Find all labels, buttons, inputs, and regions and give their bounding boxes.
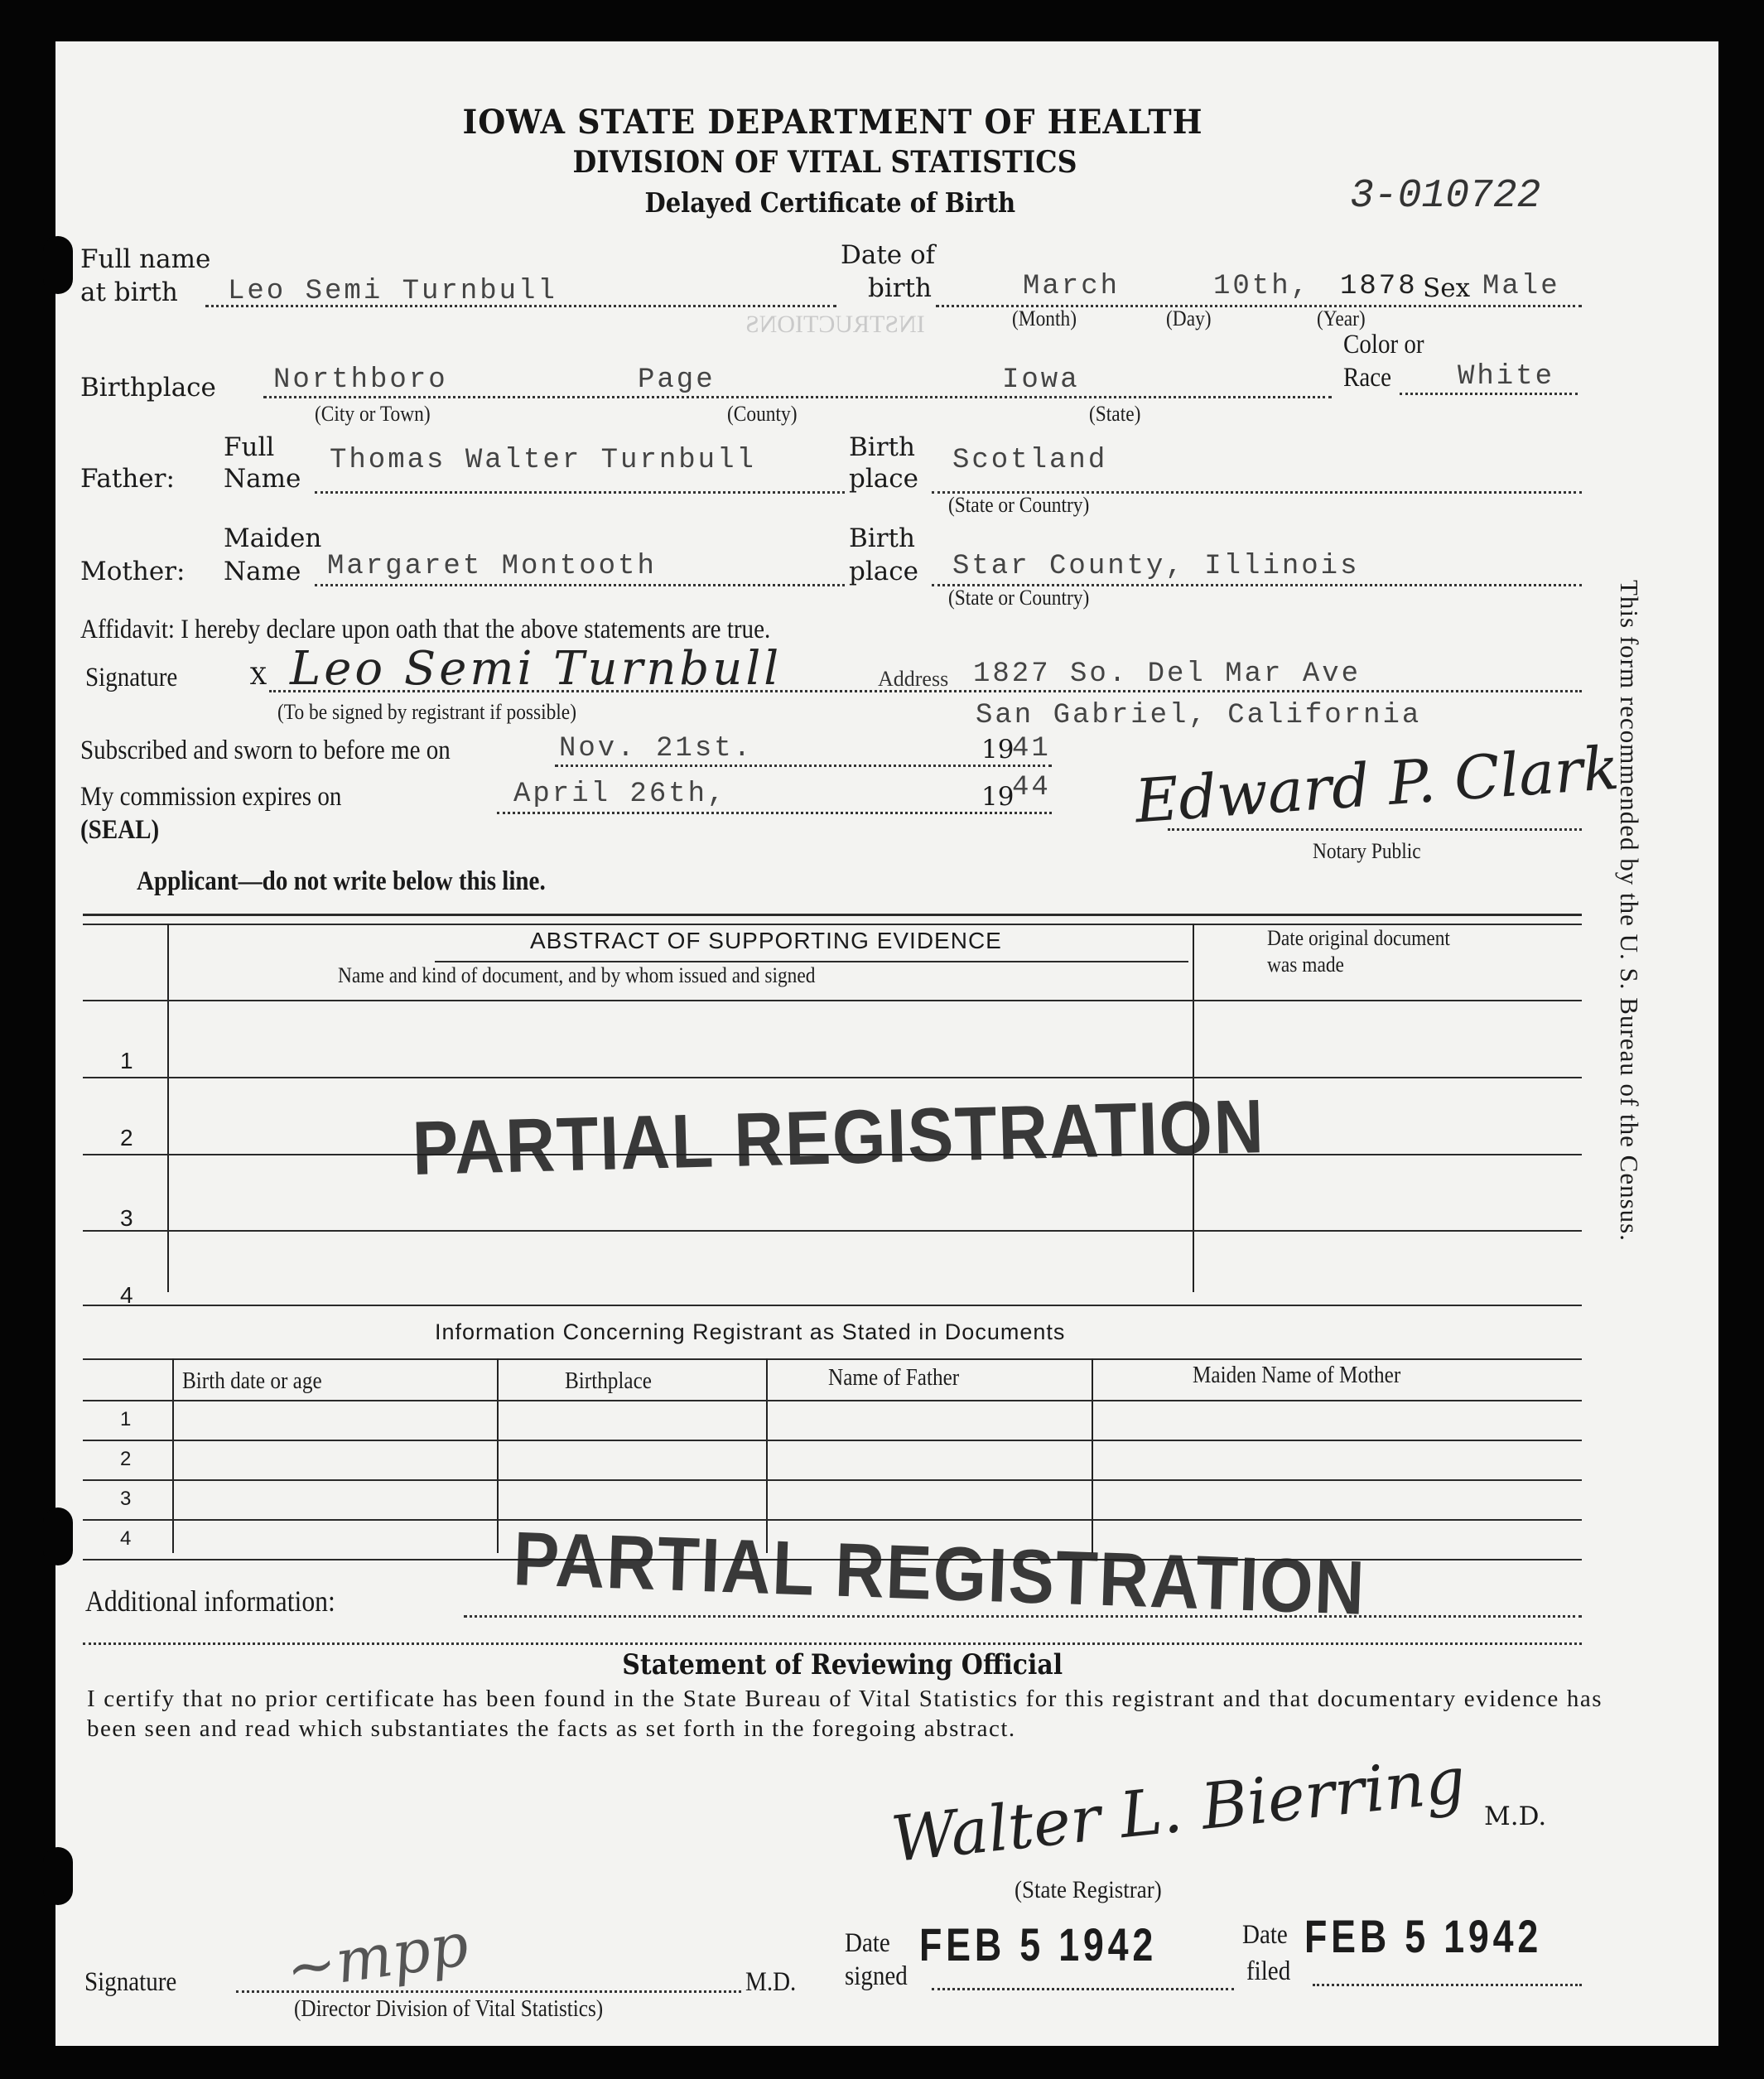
abstract-col1-header: Name and kind of document, and by whom i… bbox=[338, 963, 815, 988]
father-name-value: Thomas Walter Turnbull bbox=[330, 445, 756, 476]
address-line-1: 1827 So. Del Mar Ave bbox=[973, 658, 1361, 690]
year-caption: (Year) bbox=[1317, 306, 1366, 331]
dob-year: 1878 bbox=[1340, 271, 1418, 302]
director-md: M.D. bbox=[745, 1967, 796, 1998]
birthplace-county: Page bbox=[638, 364, 716, 396]
father-birthplace-label-1: Birth bbox=[849, 432, 915, 462]
commission-label: My commission expires on bbox=[80, 782, 341, 813]
header-department: IOWA STATE DEPARTMENT OF HEALTH bbox=[463, 103, 1203, 142]
sworn-year-prefix: 19 bbox=[981, 735, 1014, 765]
father-birthplace-value: Scotland bbox=[952, 445, 1107, 476]
registrant-signature: Leo Semi Turnbull bbox=[290, 642, 782, 696]
father-label: Father: bbox=[80, 464, 175, 494]
birthplace-city: Northboro bbox=[273, 364, 448, 396]
punch-hole-top bbox=[43, 236, 73, 294]
abstract-row-4: 4 bbox=[120, 1282, 134, 1309]
info-row-3: 3 bbox=[120, 1488, 132, 1511]
commission-year-suffix: 44 bbox=[1012, 772, 1051, 803]
full-name-value: Leo Semi Turnbull bbox=[228, 276, 557, 307]
date-signed-label-1: Date bbox=[845, 1928, 890, 1959]
address-label: Address bbox=[878, 667, 948, 692]
race-label-1: Color or bbox=[1343, 330, 1424, 360]
abstract-row-2: 2 bbox=[120, 1125, 134, 1151]
state-caption: (State) bbox=[1089, 402, 1140, 427]
commission-year-prefix: 19 bbox=[981, 782, 1014, 812]
father-name-label-1: Full bbox=[224, 432, 274, 462]
month-caption: (Month) bbox=[1012, 306, 1077, 331]
date-signed-value: FEB 5 1942 bbox=[919, 1917, 1157, 1971]
mother-name-label-2: Name bbox=[224, 557, 301, 586]
day-caption: (Day) bbox=[1166, 306, 1212, 331]
dob-label-2: birth bbox=[868, 273, 932, 303]
father-birthplace-caption: (State or Country) bbox=[948, 493, 1089, 518]
info-col-mother: Maiden Name of Mother bbox=[1193, 1363, 1400, 1389]
abstract-col2-header-2: was made bbox=[1267, 953, 1344, 977]
mother-birthplace-label-2: place bbox=[849, 557, 918, 586]
sworn-label: Subscribed and sworn to before me on bbox=[80, 736, 451, 766]
race-value: White bbox=[1458, 361, 1554, 393]
date-filed-label-1: Date bbox=[1242, 1920, 1288, 1951]
registrar-md: M.D. bbox=[1484, 1802, 1546, 1831]
review-title: Statement of Reviewing Official bbox=[622, 1648, 1063, 1681]
header-certificate-type: Delayed Certificate of Birth bbox=[645, 186, 1016, 219]
census-margin-note: This form recommended by the U. S. Burea… bbox=[1614, 580, 1644, 1242]
additional-info-label: Additional information: bbox=[85, 1584, 335, 1618]
birthplace-state: Iowa bbox=[1002, 364, 1080, 396]
info-row-2: 2 bbox=[120, 1448, 132, 1471]
abstract-col2-header-1: Date original document bbox=[1267, 926, 1450, 951]
mother-name-value: Margaret Montooth bbox=[327, 551, 657, 582]
full-name-label-2: at birth bbox=[80, 277, 178, 307]
abstract-title: ABSTRACT OF SUPPORTING EVIDENCE bbox=[530, 928, 1002, 954]
certificate-number: 3-010722 bbox=[1350, 174, 1540, 219]
mother-label: Mother: bbox=[80, 557, 185, 586]
abstract-row-3: 3 bbox=[120, 1205, 134, 1232]
registrar-caption: (State Registrar) bbox=[1015, 1876, 1162, 1904]
dob-label-1: Date of bbox=[841, 240, 935, 270]
date-filed-value: FEB 5 1942 bbox=[1304, 1909, 1542, 1963]
mother-birthplace-caption: (State or Country) bbox=[948, 586, 1089, 610]
director-caption: (Director Division of Vital Statistics) bbox=[294, 1996, 603, 2023]
review-statement: I certify that no prior certificate has … bbox=[87, 1684, 1603, 1744]
mother-birthplace-value: Star County, Illinois bbox=[952, 551, 1359, 582]
signature-caption: (To be signed by registrant if possible) bbox=[277, 700, 576, 725]
seal-label: (SEAL) bbox=[80, 815, 159, 846]
sworn-date: Nov. 21st. bbox=[559, 733, 753, 765]
county-caption: (County) bbox=[727, 402, 798, 427]
abstract-row-1: 1 bbox=[120, 1048, 134, 1074]
header-division: DIVISION OF VITAL STATISTICS bbox=[572, 145, 1077, 180]
address-line-2: San Gabriel, California bbox=[976, 700, 1421, 731]
race-label-2: Race bbox=[1343, 363, 1391, 393]
punch-hole-middle bbox=[43, 1507, 73, 1565]
sex-value: Male bbox=[1482, 271, 1560, 302]
bleed-through-instructions: INSTRUCTIONS bbox=[745, 311, 925, 339]
father-birthplace-label-2: place bbox=[849, 464, 918, 494]
full-name-label-1: Full name bbox=[80, 244, 210, 274]
notary-caption: Notary Public bbox=[1313, 839, 1421, 864]
info-col-birth-date: Birth date or age bbox=[182, 1368, 322, 1395]
sworn-year-suffix: 41 bbox=[1012, 733, 1051, 765]
info-col-father: Name of Father bbox=[828, 1365, 959, 1392]
info-row-1: 1 bbox=[120, 1408, 132, 1431]
signature-mark: X bbox=[250, 663, 267, 690]
dob-day: 10th, bbox=[1213, 271, 1310, 302]
sex-label: Sex bbox=[1423, 273, 1470, 303]
applicant-notice: Applicant—do not write below this line. bbox=[137, 866, 546, 897]
commission-date: April 26th, bbox=[513, 779, 726, 810]
date-signed-label-2: signed bbox=[845, 1961, 908, 1992]
mother-birthplace-label-1: Birth bbox=[849, 523, 915, 553]
info-row-4: 4 bbox=[120, 1527, 132, 1551]
birthplace-label: Birthplace bbox=[80, 373, 216, 403]
date-filed-label-2: filed bbox=[1246, 1956, 1290, 1987]
info-table-title: Information Concerning Registrant as Sta… bbox=[435, 1319, 1065, 1345]
dob-month: March bbox=[1023, 271, 1120, 302]
affidavit-statement: Affidavit: I hereby declare upon oath th… bbox=[80, 615, 770, 645]
father-name-label-2: Name bbox=[224, 464, 301, 494]
mother-name-label-1: Maiden bbox=[224, 523, 321, 553]
certificate-paper bbox=[55, 41, 1718, 2046]
signature-label: Signature bbox=[85, 663, 177, 693]
info-col-birthplace: Birthplace bbox=[565, 1368, 652, 1395]
city-caption: (City or Town) bbox=[315, 402, 431, 427]
punch-hole-bottom bbox=[43, 1847, 73, 1905]
director-signature-label: Signature bbox=[84, 1967, 176, 1998]
